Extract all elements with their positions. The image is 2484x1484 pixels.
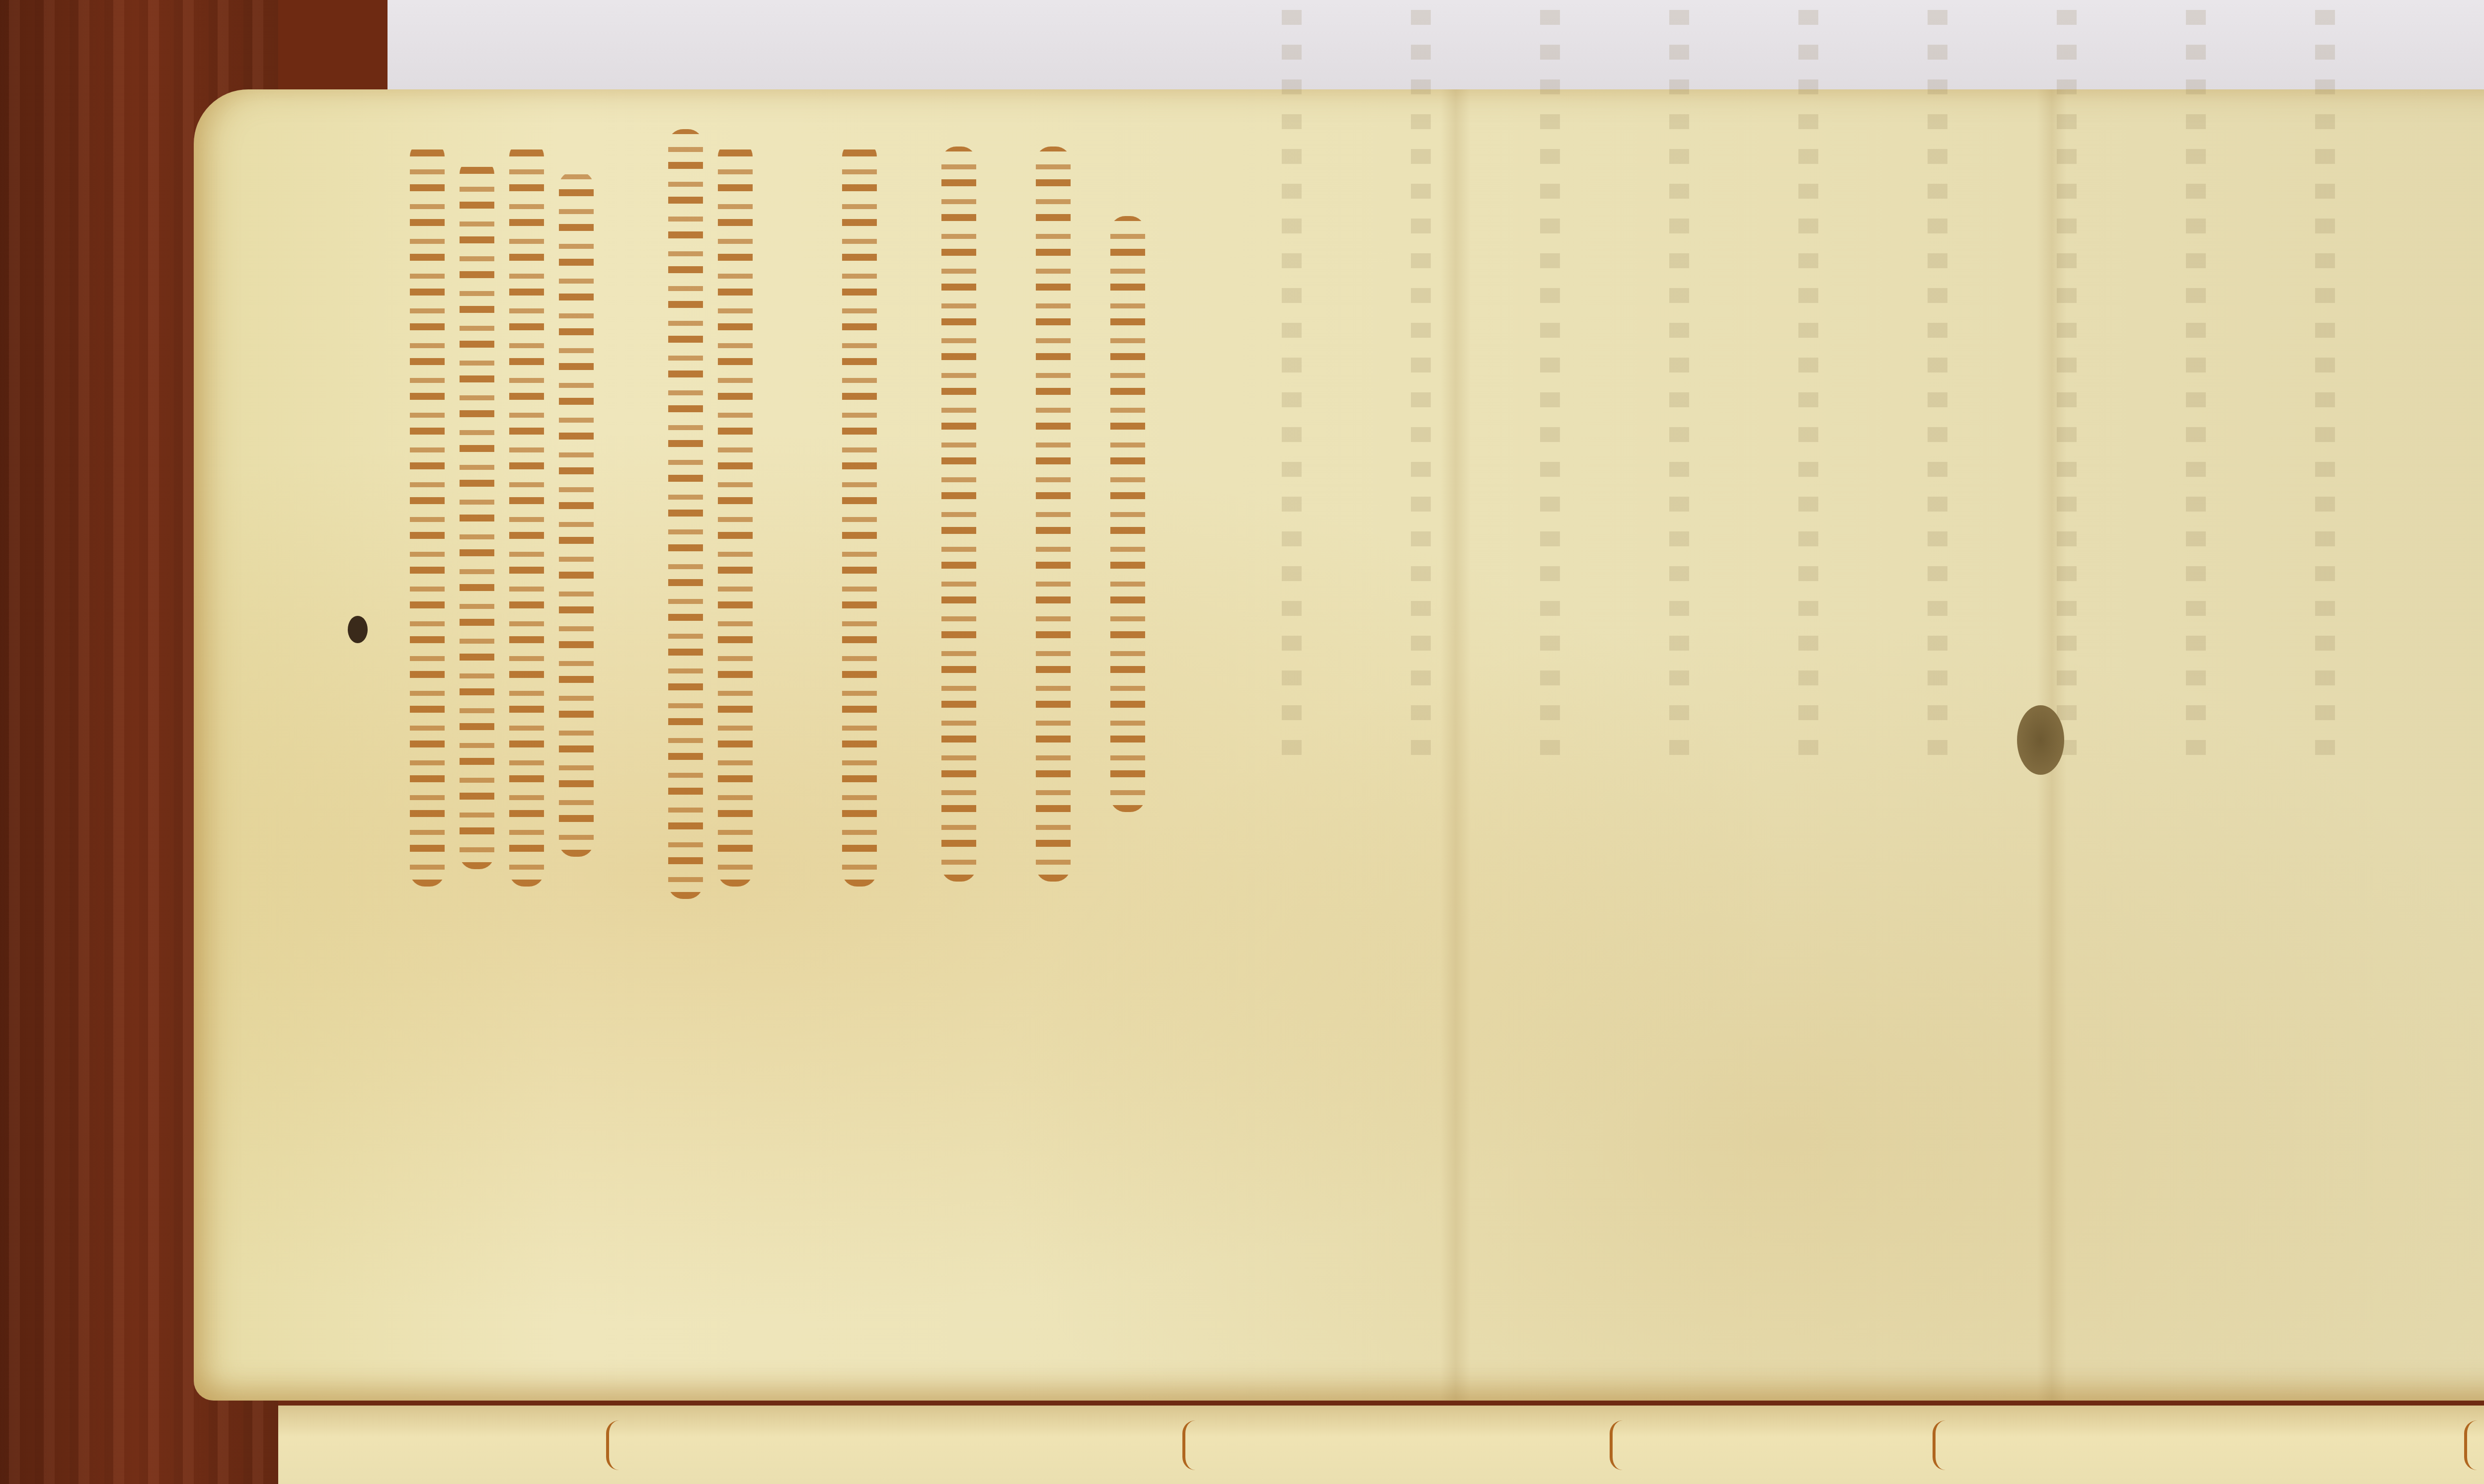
margin-mark — [606, 1420, 619, 1470]
margin-mark — [1933, 1420, 1945, 1470]
handwritten-line — [460, 159, 494, 869]
handwritten-line — [1110, 216, 1145, 812]
handwritten-line — [1036, 147, 1071, 882]
ink-blot — [348, 616, 368, 643]
handwritten-line — [941, 147, 976, 882]
handwritten-line — [668, 129, 703, 899]
handwritten-line — [559, 171, 594, 857]
paper-hole — [2017, 705, 2064, 775]
bleed-through-line — [2315, 0, 2335, 755]
bleed-through-line — [1798, 0, 1818, 755]
handwritten-line — [842, 142, 877, 887]
bleed-through-line — [1411, 0, 1431, 755]
margin-mark — [1182, 1420, 1195, 1470]
bleed-through-line — [2186, 0, 2206, 755]
handwritten-line — [410, 142, 445, 887]
margin-mark — [1610, 1420, 1623, 1470]
margin-mark — [2464, 1420, 2477, 1470]
bleed-through-line — [1928, 0, 1947, 755]
bleed-through-line — [1282, 0, 1302, 755]
bleed-through-line — [2057, 0, 2077, 755]
page-fold — [1441, 89, 1471, 1401]
bleed-through-line — [1669, 0, 1689, 755]
handwritten-line — [509, 142, 544, 887]
handwritten-line — [718, 142, 753, 887]
bleed-through-line — [1540, 0, 1560, 755]
